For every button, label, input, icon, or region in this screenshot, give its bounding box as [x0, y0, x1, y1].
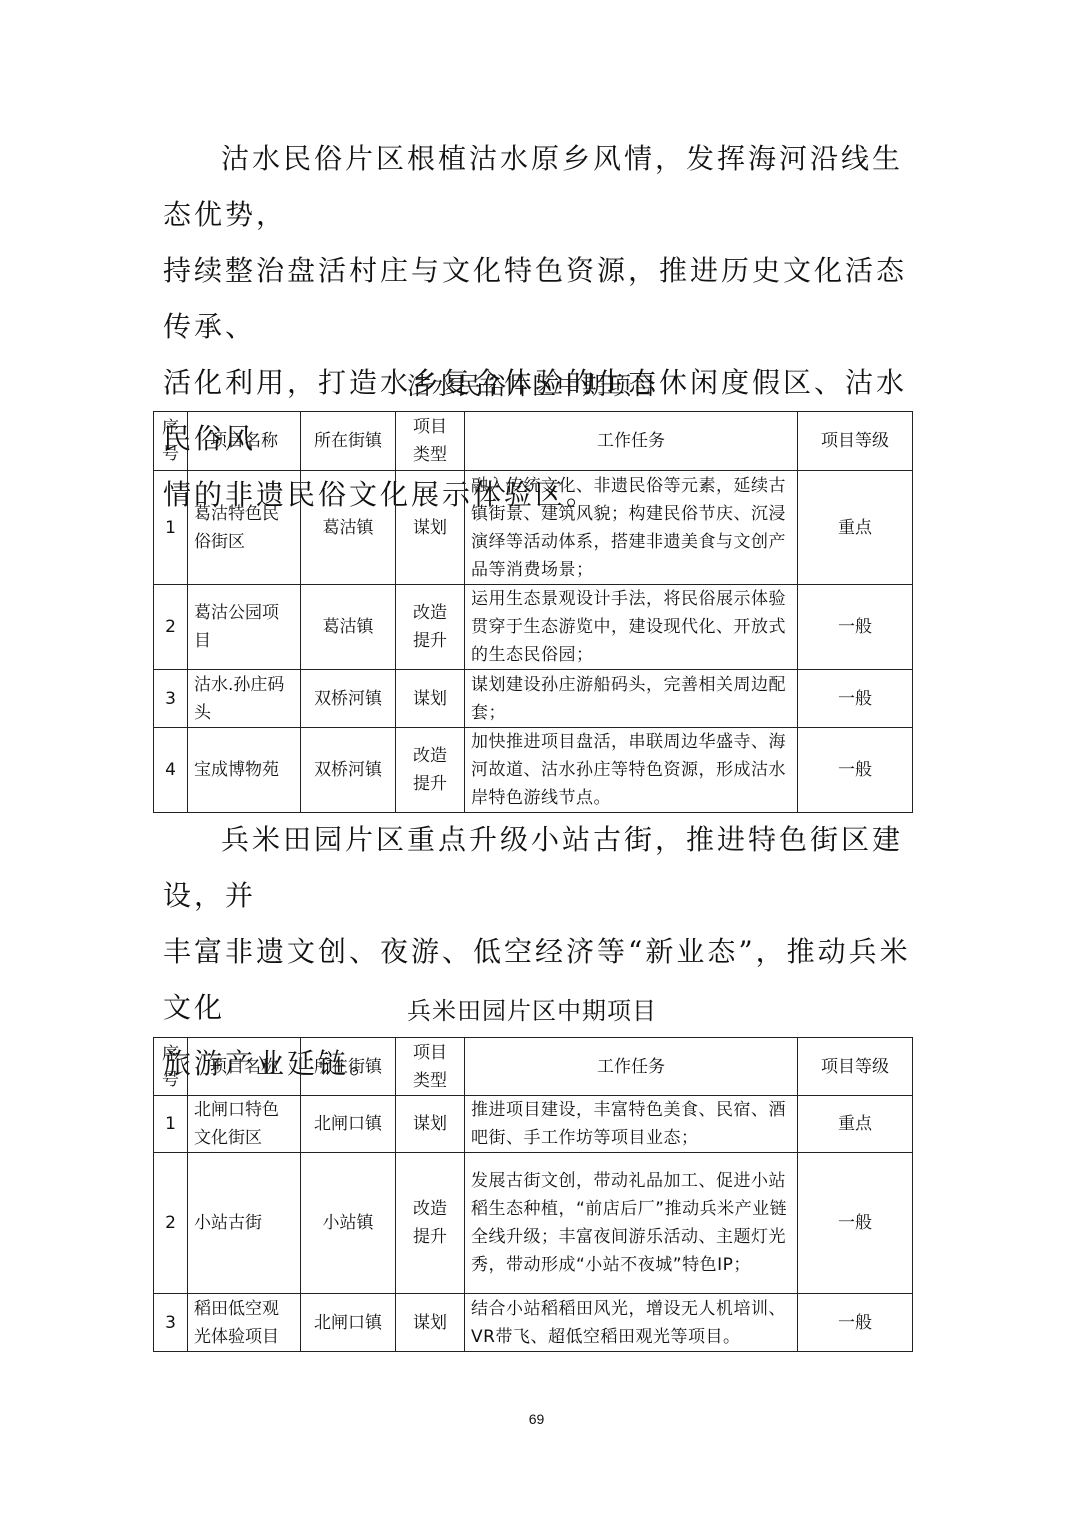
- cell-task: 加快推进项目盘活，串联周边华盛寺、海河故道、沽水孙庄等特色资源，形成沽水岸特色游…: [465, 728, 798, 813]
- cell-level: 一般: [798, 670, 913, 728]
- table-caption-bingmi: 兵米田园片区中期项目: [153, 991, 911, 1026]
- cell-level: 一般: [798, 728, 913, 813]
- cell-town: 北闸口镇: [301, 1294, 396, 1352]
- cell-level: 一般: [798, 1153, 913, 1294]
- table-header-row: 序号 项目名称 所在街镇 项目类型 工作任务 项目等级: [154, 412, 913, 471]
- table-row: 2 葛沽公园项目 葛沽镇 改造提升 运用生态景观设计手法，将民俗展示体验贯穿于生…: [154, 585, 913, 670]
- header-name: 项目名称: [188, 1038, 301, 1096]
- cell-no: 3: [154, 670, 188, 728]
- header-no: 序号: [154, 1038, 188, 1096]
- cell-task: 谋划建设孙庄游船码头，完善相关周边配套；: [465, 670, 798, 728]
- cell-no: 1: [154, 1096, 188, 1153]
- cell-task: 发展古街文创，带动礼品加工、促进小站稻生态种植，“前店后厂”推动兵米产业链全线升…: [465, 1153, 798, 1294]
- cell-level: 重点: [798, 1096, 913, 1153]
- cell-town: 葛沽镇: [301, 471, 396, 585]
- cell-type: 谋划: [396, 1294, 465, 1352]
- cell-no: 4: [154, 728, 188, 813]
- cell-town: 小站镇: [301, 1153, 396, 1294]
- header-no: 序号: [154, 412, 188, 471]
- paragraph-line: 沽水民俗片区根植沽水原乡风情，发挥海河沿线生态优势，: [163, 131, 923, 243]
- cell-type: 改造提升: [396, 585, 465, 670]
- header-level: 项目等级: [798, 1038, 913, 1096]
- table-row: 4 宝成博物苑 双桥河镇 改造提升 加快推进项目盘活，串联周边华盛寺、海河故道、…: [154, 728, 913, 813]
- cell-level: 重点: [798, 471, 913, 585]
- header-task: 工作任务: [465, 412, 798, 471]
- cell-type: 改造提升: [396, 728, 465, 813]
- header-type: 项目类型: [396, 412, 465, 471]
- cell-type: 谋划: [396, 1096, 465, 1153]
- paragraph-line: 兵米田园片区重点升级小站古街，推进特色街区建设，并: [163, 812, 923, 924]
- cell-level: 一般: [798, 1294, 913, 1352]
- page-number: 69: [0, 1411, 1073, 1427]
- cell-type: 谋划: [396, 471, 465, 585]
- cell-task: 运用生态景观设计手法，将民俗展示体验贯穿于生态游览中，建设现代化、开放式的生态民…: [465, 585, 798, 670]
- cell-name: 沽水.孙庄码头: [188, 670, 301, 728]
- cell-type: 改造提升: [396, 1153, 465, 1294]
- cell-name: 葛沽特色民俗街区: [188, 471, 301, 585]
- table-header-row: 序号 项目名称 所在街镇 项目类型 工作任务 项目等级: [154, 1038, 913, 1096]
- cell-no: 3: [154, 1294, 188, 1352]
- table-row: 2 小站古街 小站镇 改造提升 发展古街文创，带动礼品加工、促进小站稻生态种植，…: [154, 1153, 913, 1294]
- cell-name: 稻田低空观光体验项目: [188, 1294, 301, 1352]
- cell-type: 谋划: [396, 670, 465, 728]
- header-name: 项目名称: [188, 412, 301, 471]
- cell-town: 葛沽镇: [301, 585, 396, 670]
- cell-task: 融入传统文化、非遗民俗等元素，延续古镇街景、建筑风貌；构建民俗节庆、沉浸演绎等活…: [465, 471, 798, 585]
- header-town: 所在街镇: [301, 412, 396, 471]
- cell-name: 宝成博物苑: [188, 728, 301, 813]
- cell-town: 双桥河镇: [301, 670, 396, 728]
- cell-task: 结合小站稻稻田风光，增设无人机培训、VR带飞、超低空稻田观光等项目。: [465, 1294, 798, 1352]
- cell-name: 北闸口特色文化街区: [188, 1096, 301, 1153]
- cell-level: 一般: [798, 585, 913, 670]
- cell-no: 2: [154, 1153, 188, 1294]
- cell-task: 推进项目建设，丰富特色美食、民宿、酒吧街、手工作坊等项目业态；: [465, 1096, 798, 1153]
- cell-town: 北闸口镇: [301, 1096, 396, 1153]
- table-row: 1 葛沽特色民俗街区 葛沽镇 谋划 融入传统文化、非遗民俗等元素，延续古镇街景、…: [154, 471, 913, 585]
- cell-no: 2: [154, 585, 188, 670]
- table-row: 3 稻田低空观光体验项目 北闸口镇 谋划 结合小站稻稻田风光，增设无人机培训、V…: [154, 1294, 913, 1352]
- header-town: 所在街镇: [301, 1038, 396, 1096]
- cell-name: 小站古街: [188, 1153, 301, 1294]
- cell-name: 葛沽公园项目: [188, 585, 301, 670]
- table-row: 1 北闸口特色文化街区 北闸口镇 谋划 推进项目建设，丰富特色美食、民宿、酒吧街…: [154, 1096, 913, 1153]
- cell-town: 双桥河镇: [301, 728, 396, 813]
- table-bingmi-projects: 序号 项目名称 所在街镇 项目类型 工作任务 项目等级 1 北闸口特色文化街区 …: [153, 1037, 913, 1352]
- cell-no: 1: [154, 471, 188, 585]
- header-level: 项目等级: [798, 412, 913, 471]
- table-row: 3 沽水.孙庄码头 双桥河镇 谋划 谋划建设孙庄游船码头，完善相关周边配套； 一…: [154, 670, 913, 728]
- table-caption-gushui: 沽水民俗片区中期项目: [153, 366, 911, 401]
- paragraph-line: 持续整治盘活村庄与文化特色资源，推进历史文化活态传承、: [163, 243, 923, 355]
- header-type: 项目类型: [396, 1038, 465, 1096]
- header-task: 工作任务: [465, 1038, 798, 1096]
- table-gushui-projects: 序号 项目名称 所在街镇 项目类型 工作任务 项目等级 1 葛沽特色民俗街区 葛…: [153, 411, 913, 813]
